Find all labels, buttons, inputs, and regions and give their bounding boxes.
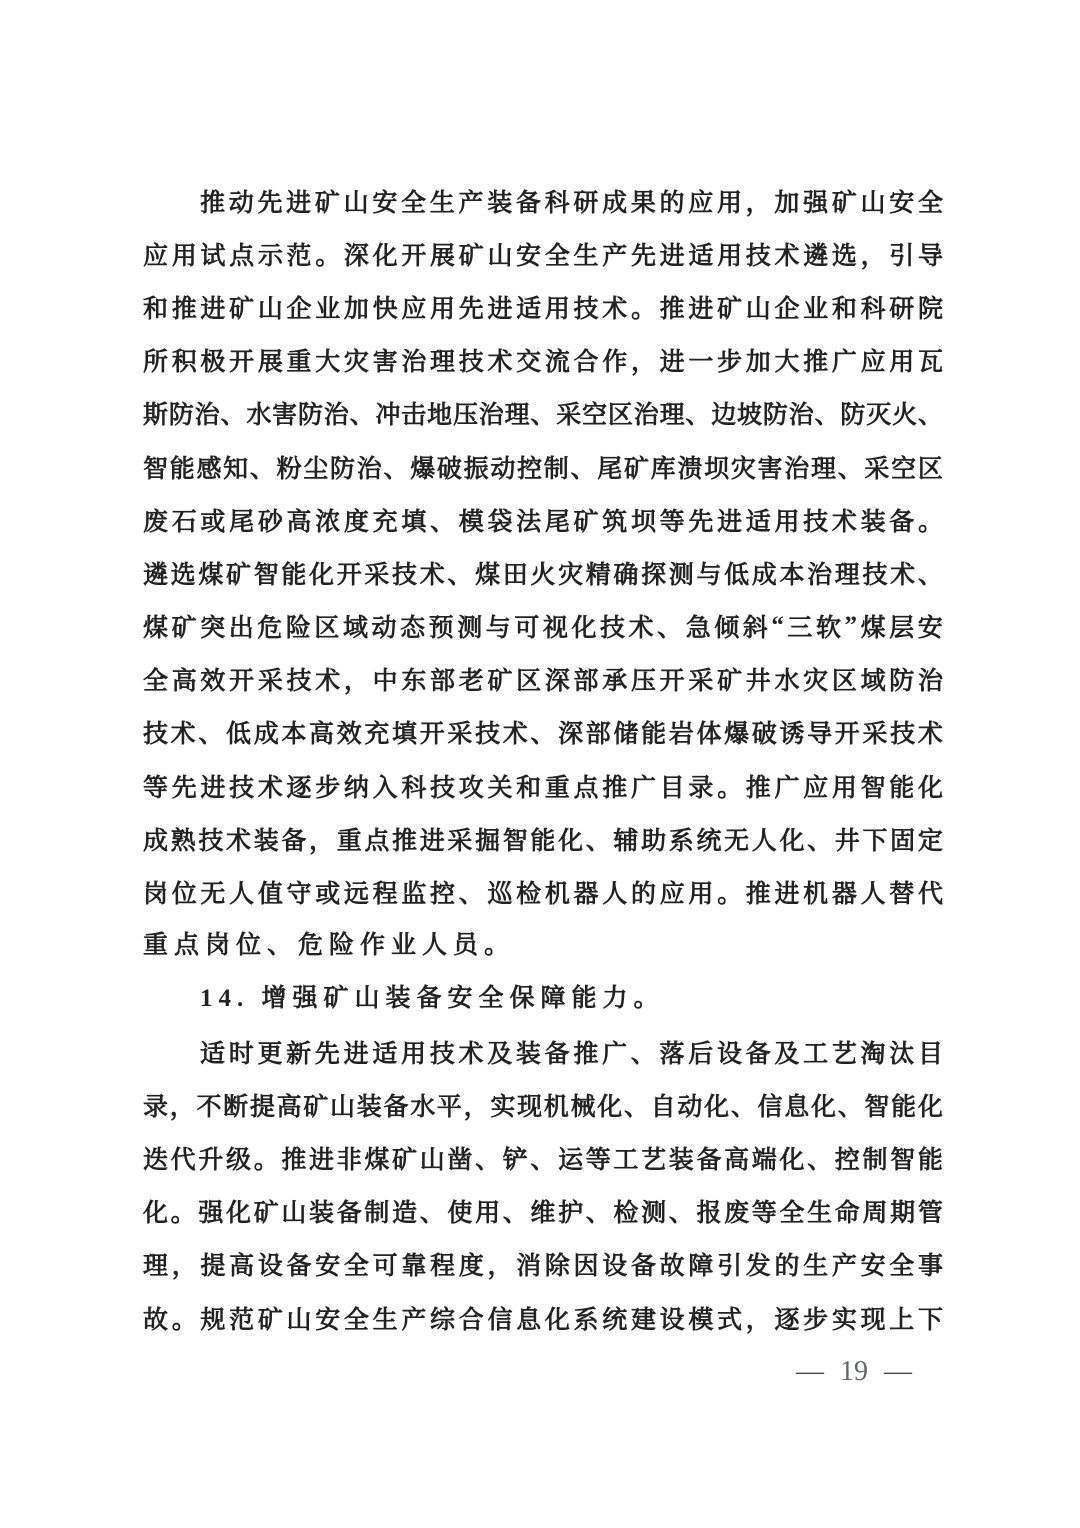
- paragraph-advanced-equipment: 推动先进矿山安全生产装备科研成果的应用，加强矿山安全应用试点示范。深化开展矿山安…: [143, 174, 943, 972]
- text-line: 技术、低成本高效充填开采技术、深部储能岩体爆破诱导开采技术: [143, 706, 943, 759]
- text-line: 等先进技术逐步纳入科技攻关和重点推广目录。推广应用智能化: [143, 759, 943, 812]
- text-line: 化。强化矿山装备制造、使用、维护、检测、报废等全生命周期管: [143, 1185, 943, 1238]
- text-line: 岗位无人值守或远程监控、巡检机器人的应用。推进机器人替代: [143, 865, 943, 918]
- section-heading: 14. 增强矿山装备安全保障能力。: [143, 972, 943, 1025]
- footer-dash-left: —: [796, 1356, 824, 1388]
- text-line: 迭代升级。推进非煤矿山凿、铲、运等工艺装备高端化、控制智能: [143, 1131, 943, 1184]
- page-footer: — 19 —: [796, 1356, 912, 1388]
- text-line: 煤矿突出危险区域动态预测与可视化技术、急倾斜“三软”煤层安: [143, 600, 943, 653]
- text-line: 录，不断提高矿山装备水平，实现机械化、自动化、信息化、智能化: [143, 1078, 943, 1131]
- text-line: 和推进矿山企业加快应用先进适用技术。推进矿山企业和科研院: [143, 280, 943, 333]
- text-line: 理，提高设备安全可靠程度，消除因设备故障引发的生产安全事: [143, 1238, 943, 1291]
- text-line: 成熟技术装备，重点推进采掘智能化、辅助系统无人化、井下固定: [143, 812, 943, 865]
- text-line: 智能感知、粉尘防治、爆破振动控制、尾矿库溃坝灾害治理、采空区: [143, 440, 943, 493]
- text-line: 斯防治、水害防治、冲击地压治理、采空区治理、边坡防治、防灭火、: [143, 387, 943, 440]
- section-heading-14: 14. 增强矿山装备安全保障能力。: [143, 972, 943, 1025]
- text-line: 所积极开展重大灾害治理技术交流合作，进一步加大推广应用瓦: [143, 334, 943, 387]
- document-page: 推动先进矿山安全生产装备科研成果的应用，加强矿山安全应用试点示范。深化开展矿山安…: [0, 0, 1080, 1528]
- text-line: 遴选煤矿智能化开采技术、煤田火灾精确探测与低成本治理技术、: [143, 546, 943, 599]
- text-line: 全高效开采技术，中东部老矿区深部承压开采矿井水灾区域防治: [143, 653, 943, 706]
- paragraph-equipment-upgrade: 适时更新先进适用技术及装备推广、落后设备及工艺淘汰目录，不断提高矿山装备水平，实…: [143, 1025, 943, 1344]
- text-line: 适时更新先进适用技术及装备推广、落后设备及工艺淘汰目: [143, 1025, 943, 1078]
- text-block: 推动先进矿山安全生产装备科研成果的应用，加强矿山安全应用试点示范。深化开展矿山安…: [143, 174, 943, 1344]
- footer-dash-right: —: [884, 1356, 912, 1388]
- text-line: 应用试点示范。深化开展矿山安全生产先进适用技术遴选，引导: [143, 227, 943, 280]
- text-line: 重点岗位、危险作业人员。: [143, 919, 943, 972]
- text-line: 废石或尾砂高浓度充填、模袋法尾矿筑坝等先进适用技术装备。: [143, 493, 943, 546]
- text-line: 故。规范矿山安全生产综合信息化系统建设模式，逐步实现上下: [143, 1291, 943, 1344]
- page-number: 19: [840, 1356, 868, 1388]
- text-line: 推动先进矿山安全生产装备科研成果的应用，加强矿山安全: [143, 174, 943, 227]
